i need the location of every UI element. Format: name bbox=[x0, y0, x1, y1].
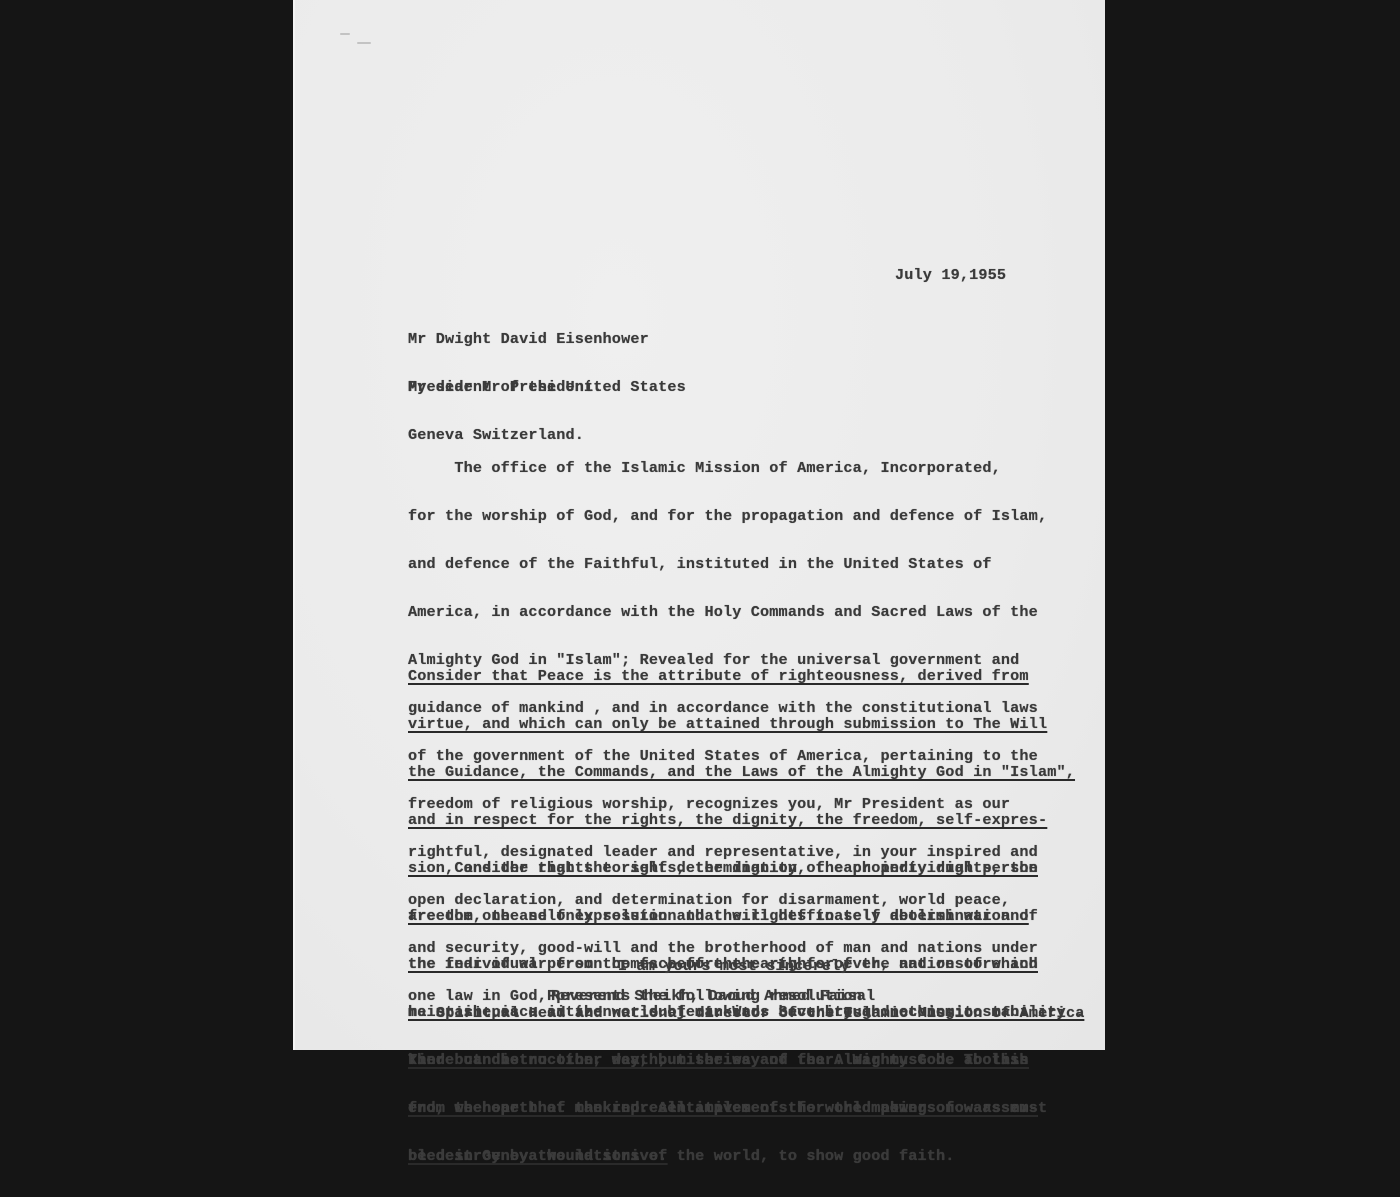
underlined-line: the Guidance, the Commands, and the Laws… bbox=[408, 763, 1075, 781]
underlined-line: and in respect for the rights, the digni… bbox=[408, 811, 1047, 829]
underlined-line: virtue, and which can only be attained t… bbox=[408, 715, 1047, 733]
text-line: freedom, the self expression and the rig… bbox=[408, 908, 1047, 924]
recipient-line: Mr Dwight David Eisenhower bbox=[408, 331, 686, 347]
text-line: for the worship of God, and for the prop… bbox=[408, 508, 1047, 524]
text-line: America, in accordance with the Holy Com… bbox=[408, 604, 1047, 620]
paper-speck bbox=[357, 42, 371, 44]
closing: I am yours most sincerely bbox=[618, 958, 850, 974]
text-line: Consider that the rights, the dignity, t… bbox=[408, 860, 1047, 876]
signature-title: Spiritual Head and national director of … bbox=[436, 1005, 1084, 1021]
text-line: and defence of the Faithful, instituted … bbox=[408, 556, 1047, 572]
underlined-line: Consider that Peace is the attribute of … bbox=[408, 667, 1029, 685]
letter-date: July 19,1955 bbox=[895, 267, 1006, 283]
paper-speck bbox=[340, 33, 350, 35]
text-line: The office of the Islamic Mission of Ame… bbox=[408, 460, 1047, 476]
letter-page: July 19,1955 Mr Dwight David Eisenhower … bbox=[293, 0, 1105, 1050]
signature-name: Reverend Sheikh, Daoud Ahmed Faisal bbox=[551, 988, 875, 1004]
salutation: My dear Mr President. bbox=[408, 379, 603, 395]
